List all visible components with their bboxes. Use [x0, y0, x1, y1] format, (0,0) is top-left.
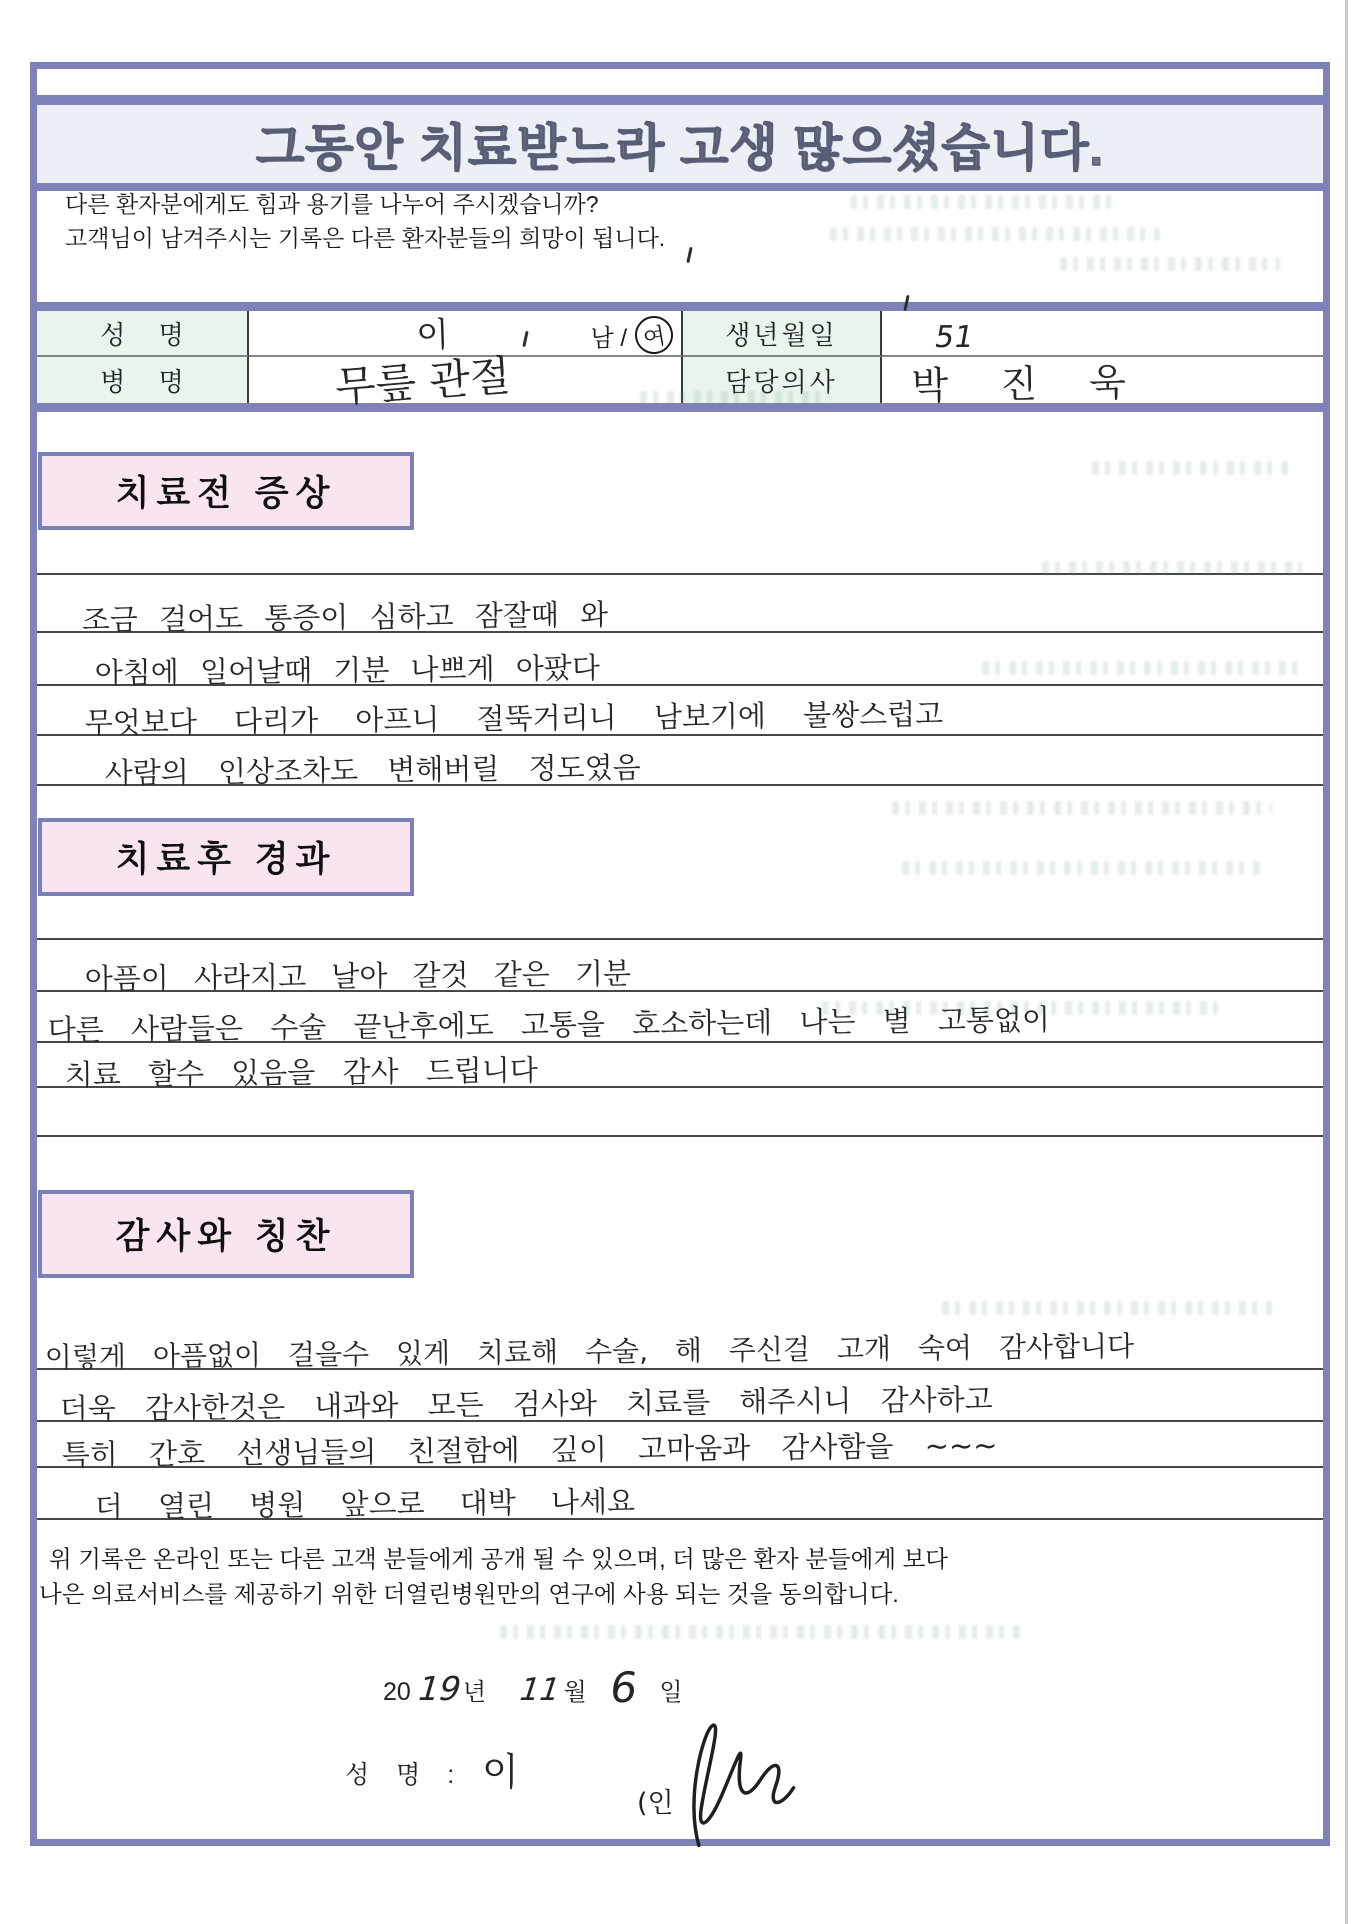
day-suffix: 일 — [659, 1672, 682, 1707]
ruled-line: 치료 할수 있음을 감사 드립니다 — [37, 1043, 1323, 1088]
intro-line-1: 다른 환자분에게도 힘과 용기를 나누어 주시겠습니까? — [65, 187, 665, 221]
date-century: 20 — [383, 1678, 411, 1707]
doctor-label-cell: 담당의사 — [683, 357, 882, 403]
bleed-through-noise — [500, 1625, 1020, 1639]
pre-treatment-writing-area: 조금 걸어도 통증이 심하고 잠잘때 와 아침에 일어날때 기분 나쁘게 아팠다… — [37, 523, 1323, 786]
handwritten-line: 더 열린 병원 앞으로 대박 나세요 — [95, 1479, 636, 1526]
handwritten-birthdate: 51 — [932, 320, 976, 355]
ruled-line: 사람의 인상조차도 변해버릴 정도였음 — [37, 736, 1323, 786]
name-label: 성 명 — [100, 315, 183, 352]
doctor-label: 담당의사 — [725, 362, 837, 399]
ruled-line — [37, 1088, 1323, 1137]
ruled-line: 아픔이 사라지고 날아 갈것 같은 기분 — [37, 940, 1323, 992]
disease-label: 병 명 — [100, 362, 183, 399]
section-heading-text: 치료전 증상 — [116, 466, 337, 516]
bleed-through-noise — [850, 195, 1120, 209]
section-heading-text: 감사와 칭찬 — [116, 1209, 337, 1259]
handwritten-disease: 무릎 관절 — [333, 343, 512, 415]
title-banner: 그동안 치료받느라 고생 많으셨습니다. — [37, 95, 1323, 191]
handwritten-year: 19 — [413, 1669, 466, 1708]
year-suffix: 년 — [463, 1672, 486, 1707]
scan-edge-line — [1345, 0, 1348, 1924]
consent-line-2: 나은 의료서비스를 제공하기 위한 더열린병원만의 연구에 사용 되는 것을 동… — [37, 1577, 948, 1612]
ruled-line: 무엇보다 다리가 아프니 절뚝거리니 남보기에 불쌍스럽고 — [37, 686, 1323, 736]
birthdate-label: 생년월일 — [725, 315, 837, 352]
handwritten-line: 이렇게 아픔없이 걸을수 있게 치료해 수술, 해 주신걸 고개 숙여 감사합니… — [45, 1325, 1135, 1376]
month-suffix: 월 — [563, 1672, 586, 1707]
signature-line: 성 명 : 이 (인 — [37, 1741, 1323, 1871]
gender-circled-selection: 여 — [632, 313, 676, 357]
thanks-writing-area: 이렇게 아픔없이 걸을수 있게 치료해 수술, 해 주신걸 고개 숙여 감사합니… — [37, 1320, 1323, 1520]
post-treatment-writing-area: 아픔이 사라지고 날아 갈것 같은 기분 다른 사람들은 수술 끝난후에도 고통… — [37, 888, 1323, 1137]
birthdate-value-cell: 51 — [882, 311, 1323, 357]
bleed-through-noise — [902, 861, 1262, 875]
handwritten-line: 사람의 인상조차도 변해버릴 정도였음 — [105, 745, 641, 792]
bleed-through-noise — [1060, 257, 1280, 271]
date-line: 20 19 년 11 월 6 일 — [383, 1661, 683, 1710]
gender-field: 남 / 여 — [590, 316, 673, 354]
ruled-line: 더 열린 병원 앞으로 대박 나세요 — [37, 1468, 1323, 1520]
ruled-line: 이렇게 아픔없이 걸을수 있게 치료해 수술, 해 주신걸 고개 숙여 감사합니… — [37, 1320, 1323, 1370]
consent-text: 위 기록은 온라인 또는 다른 고객 분들에게 공개 될 수 있으며, 더 많은… — [37, 1542, 948, 1612]
page-title: 그동안 치료받느라 고생 많으셨습니다. — [256, 108, 1104, 180]
intro-text: 다른 환자분에게도 힘과 용기를 나누어 주시겠습니까? 고객님이 남겨주시는 … — [65, 187, 665, 255]
gender-options: 남 / — [590, 318, 627, 353]
handwritten-line: 다른 사람들은 수술 끝난후에도 고통을 호소하는데 나는 별 고통없이 — [48, 998, 1051, 1049]
patient-info-table: 성 명 이 남 / 여 생년월일 51 병 명 무릎 관절 — [37, 302, 1323, 412]
ruled-line: 아침에 일어날때 기분 나쁘게 아팠다 — [37, 633, 1323, 686]
disease-value-cell: 무릎 관절 — [249, 357, 683, 403]
handwritten-doctor: 박 진 욱 — [911, 351, 1146, 410]
disease-label-cell: 병 명 — [37, 357, 249, 403]
section-heading-post-treatment: 치료후 경과 — [38, 818, 414, 896]
handwritten-line: 무엇보다 다리가 아프니 절뚝거리니 남보기에 불쌍스럽고 — [85, 692, 944, 742]
handwritten-signature-name: 이 — [482, 1741, 519, 1796]
ruled-line — [37, 523, 1323, 575]
intro-line-2: 고객님이 남겨주시는 기록은 다른 환자분들의 희망이 됩니다. — [65, 221, 665, 255]
handwritten-line: 특히 간호 선생님들의 친절함에 깊이 고마움과 감사함을 ~~~ — [62, 1423, 998, 1474]
section-heading-thanks: 감사와 칭찬 — [38, 1190, 414, 1278]
handwritten-day: 6 — [607, 1663, 641, 1712]
section-heading-text: 치료후 경과 — [116, 832, 337, 882]
handwritten-line: 더욱 감사한것은 내과와 모든 검사와 치료를 해주시니 감사하고 — [60, 1377, 993, 1428]
ruled-line — [37, 888, 1323, 940]
signature-name-label: 성 명 : — [345, 1755, 464, 1791]
bleed-through-noise — [942, 1301, 1272, 1315]
ruled-line: 특히 간호 선생님들의 친절함에 깊이 고마움과 감사함을 ~~~ — [37, 1422, 1323, 1468]
ruled-line: 더욱 감사한것은 내과와 모든 검사와 치료를 해주시니 감사하고 — [37, 1370, 1323, 1422]
handwritten-line: 아픔이 사라지고 날아 갈것 같은 기분 — [85, 951, 632, 998]
form-frame: 그동안 치료받느라 고생 많으셨습니다. 다른 환자분에게도 힘과 용기를 나누… — [30, 62, 1330, 1846]
signature-scribble — [672, 1707, 802, 1862]
ruled-line: 조금 걸어도 통증이 심하고 잠잘때 와 — [37, 575, 1323, 633]
birthdate-label-cell: 생년월일 — [683, 311, 882, 357]
pen-mark — [686, 247, 692, 263]
section-heading-pre-treatment: 치료전 증상 — [38, 452, 414, 530]
name-label-cell: 성 명 — [37, 311, 249, 357]
bleed-through-noise — [892, 801, 1272, 815]
doctor-value-cell: 박 진 욱 — [882, 357, 1323, 403]
consent-line-1: 위 기록은 온라인 또는 다른 고객 분들에게 공개 될 수 있으며, 더 많은… — [37, 1542, 948, 1577]
seal-label: (인 — [637, 1781, 674, 1820]
scanned-form-page: { "colors": { "frame_purple": "#7e82b8",… — [0, 0, 1360, 1924]
handwritten-month: 11 — [514, 1672, 565, 1708]
bleed-through-noise — [1092, 461, 1292, 475]
signature-scribble-svg — [672, 1707, 802, 1857]
bleed-through-noise — [830, 227, 1160, 241]
ruled-line: 다른 사람들은 수술 끝난후에도 고통을 호소하는데 나는 별 고통없이 — [37, 992, 1323, 1043]
